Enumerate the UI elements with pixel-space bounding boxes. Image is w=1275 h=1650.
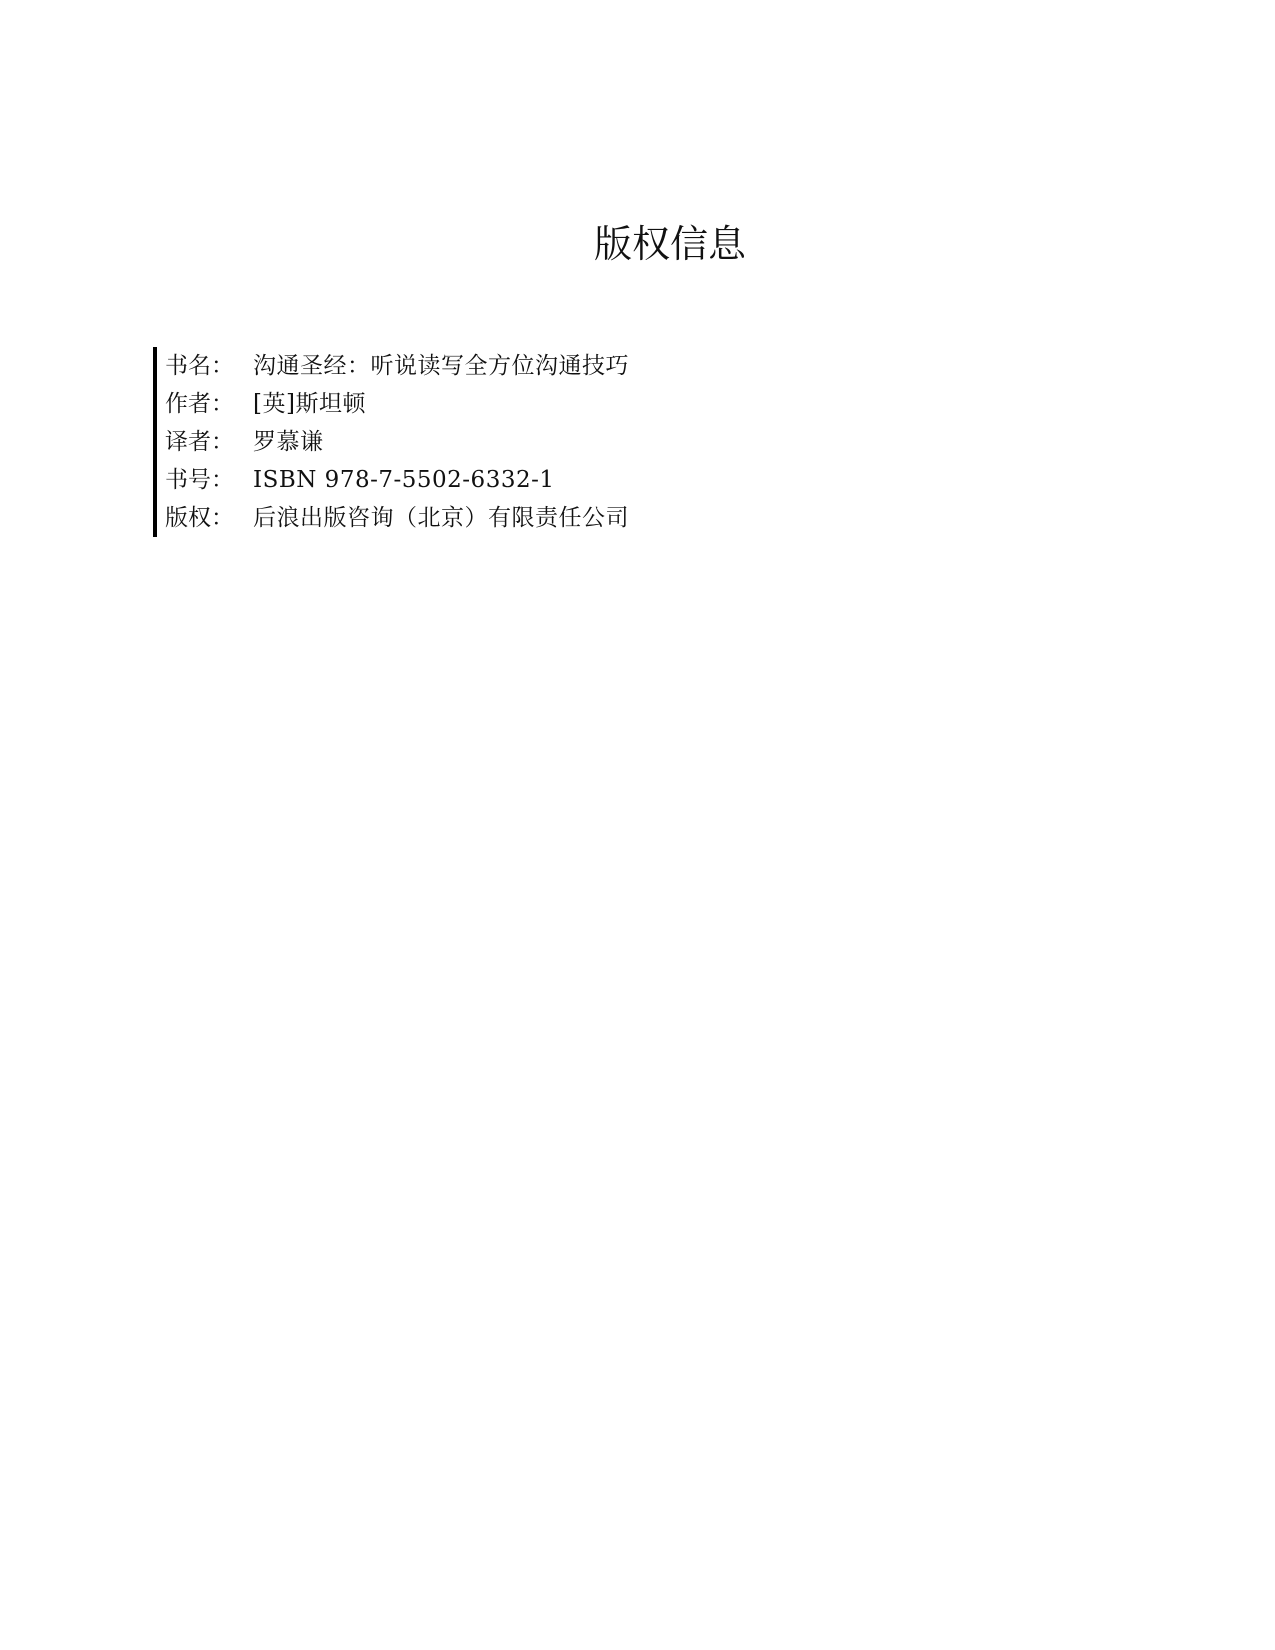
info-label: 书号： xyxy=(165,461,253,499)
copyright-holder-value: 后浪出版咨询（北京）有限责任公司 xyxy=(253,499,629,537)
info-row-translator: 译者： 罗慕谦 xyxy=(165,423,629,461)
info-row-isbn: 书号： ISBN 978-7-5502-6332-1 xyxy=(165,461,629,499)
page-title-text: 版权信息 xyxy=(594,218,746,270)
info-label: 译者： xyxy=(165,423,253,461)
info-row-book-title: 书名： 沟通圣经：听说读写全方位沟通技巧 xyxy=(165,347,629,385)
page-title: 版权信息 xyxy=(0,218,1275,270)
isbn-value: ISBN 978-7-5502-6332-1 xyxy=(253,461,555,499)
book-title-value: 沟通圣经：听说读写全方位沟通技巧 xyxy=(253,347,629,385)
info-row-copyright: 版权： 后浪出版咨询（北京）有限责任公司 xyxy=(165,499,629,537)
info-label: 作者： xyxy=(165,385,253,423)
info-row-author: 作者： [英]斯坦顿 xyxy=(165,385,629,423)
info-label: 版权： xyxy=(165,499,253,537)
copyright-info-block: 书名： 沟通圣经：听说读写全方位沟通技巧 作者： [英]斯坦顿 译者： 罗慕谦 … xyxy=(153,347,629,537)
translator-value: 罗慕谦 xyxy=(253,423,324,461)
author-value: [英]斯坦顿 xyxy=(253,385,366,423)
info-label: 书名： xyxy=(165,347,253,385)
